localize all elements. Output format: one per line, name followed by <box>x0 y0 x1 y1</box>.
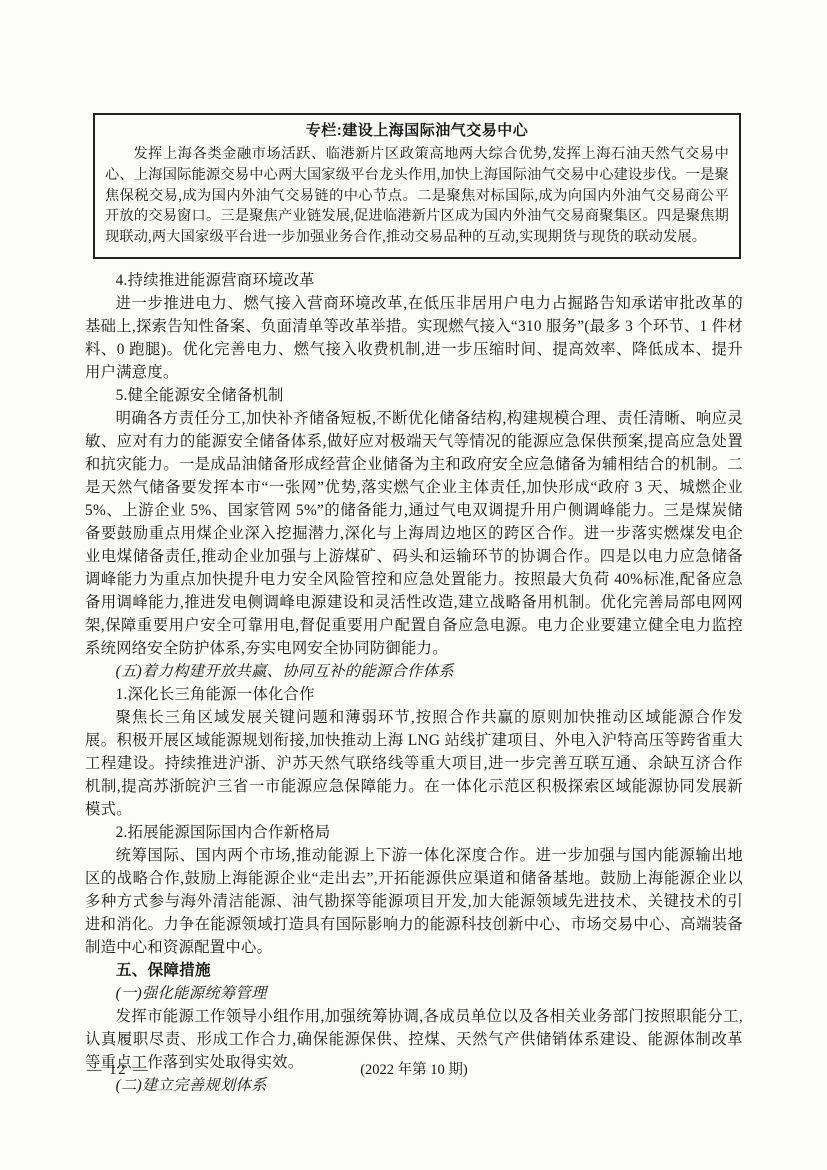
section-heading-5: 5.健全能源安全储备机制 <box>85 384 743 407</box>
paragraph-item-1: 聚焦长三角区域发展关键问题和薄弱环节,按照合作共赢的原则加快推动区域能源合作发展… <box>85 706 743 821</box>
paragraph-item-2: 统筹国际、国内两个市场,推动能源上下游一体化深度合作。进一步加强与国内能源输出地… <box>85 844 743 959</box>
item-heading-2: 2.拓展能源国际国内合作新格局 <box>85 821 743 844</box>
column-box: 专栏:建设上海国际油气交易中心 发挥上海各类金融市场活跃、临港新片区政策高地两大… <box>93 113 741 259</box>
subsection-heading-yi: (一)强化能源统筹管理 <box>85 982 743 1005</box>
column-box-body: 发挥上海各类金融市场活跃、临港新片区政策高地两大综合优势,发挥上海石油天然气交易… <box>105 144 729 248</box>
page-number: — 12 — <box>87 1058 150 1082</box>
page-content: 专栏:建设上海国际油气交易中心 发挥上海各类金融市场活跃、临港新片区政策高地两大… <box>85 113 743 1097</box>
item-heading-1: 1.深化长三角能源一体化合作 <box>85 683 743 706</box>
document-page: 专栏:建设上海国际油气交易中心 发挥上海各类金融市场活跃、临港新片区政策高地两大… <box>0 0 827 1170</box>
page-footer: — 12 — (2022 年第 10 期) <box>85 1058 743 1082</box>
body-text: 4.持续推进能源营商环境改革 进一步推进电力、燃气接入营商环境改革,在低压非居用… <box>85 269 743 1097</box>
subsection-heading-wu: (五)着力构建开放共赢、协同互补的能源合作体系 <box>85 660 743 683</box>
paragraph-section-4: 进一步推进电力、燃气接入营商环境改革,在低压非居用户电力占掘路告知承诺审批改革的… <box>85 292 743 384</box>
chapter-heading-wu: 五、保障措施 <box>85 959 743 982</box>
column-box-title: 专栏:建设上海国际油气交易中心 <box>105 120 729 142</box>
paragraph-section-5: 明确各方责任分工,加快补齐储备短板,不断优化储备结构,构建规模合理、责任清晰、响… <box>85 407 743 660</box>
issue-label: (2022 年第 10 期) <box>85 1058 743 1082</box>
section-heading-4: 4.持续推进能源营商环境改革 <box>85 269 743 292</box>
